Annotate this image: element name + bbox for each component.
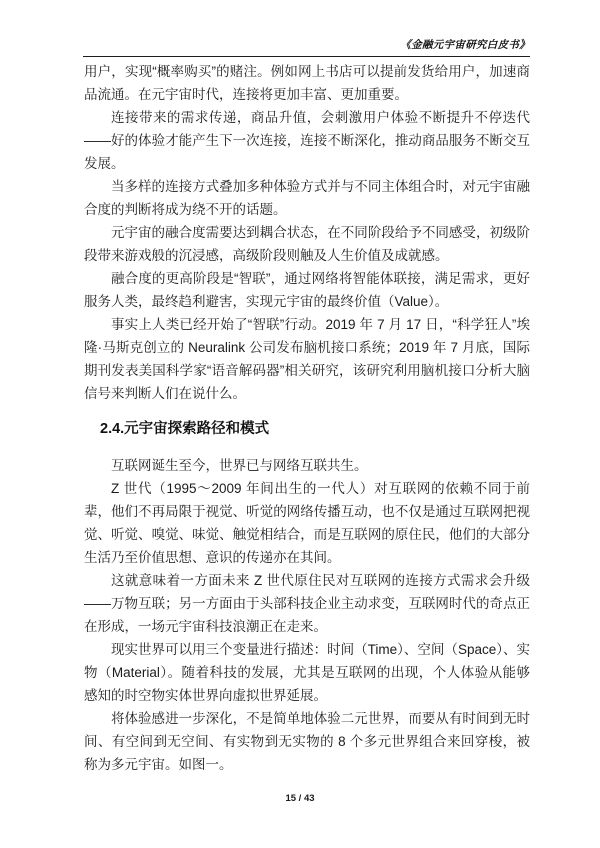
paragraph: 将体验感进一步深化，不是简单地体验二元世界，而要从有时间到无时间、有空间到无空间… bbox=[84, 707, 530, 776]
paragraph: 元宇宙的融合度需要达到耦合状态，在不同阶段给予不同感受，初级阶段带来游戏般的沉浸… bbox=[84, 221, 530, 267]
page-number: 15 / 43 bbox=[285, 793, 314, 804]
paragraph: 事实上人类已经开始了“智联”行动。2019 年 7 月 17 日，“科学狂人”埃… bbox=[84, 313, 530, 405]
document-title: 《金融元宇宙研究白皮书》 bbox=[400, 39, 530, 51]
paragraph: Z 世代（1995～2009 年间出生的一代人）对互联网的依赖不同于前辈，他们不… bbox=[84, 477, 530, 569]
document-body: 用户，实现“概率购买”的赌注。例如网上书店可以提前发货给用户，加速商品流通。在元… bbox=[84, 60, 530, 776]
paragraph: 连接带来的需求传递，商品升值，会刺激用户体验不断提升不停迭代——好的体验才能产生… bbox=[84, 106, 530, 175]
paragraph: 现实世界可以用三个变量进行描述：时间（Time）、空间（Space）、实物（Ma… bbox=[84, 638, 530, 707]
paragraph: 用户，实现“概率购买”的赌注。例如网上书店可以提前发货给用户，加速商品流通。在元… bbox=[84, 60, 530, 106]
paragraph: 互联网诞生至今，世界已与网络互联共生。 bbox=[84, 454, 530, 477]
document-page: 《金融元宇宙研究白皮书》 用户，实现“概率购买”的赌注。例如网上书店可以提前发货… bbox=[0, 0, 600, 848]
paragraph: 这就意味着一方面未来 Z 世代原住民对互联网的连接方式需求会升级——万物互联；另… bbox=[84, 569, 530, 638]
paragraph: 融合度的更高阶段是“智联”，通过网络将智能体联接，满足需求，更好服务人类，最终趋… bbox=[84, 267, 530, 313]
section-heading: 2.4.元宇宙探索路径和模式 bbox=[100, 418, 530, 441]
page-header: 《金融元宇宙研究白皮书》 bbox=[83, 0, 530, 57]
paragraph: 当多样的连接方式叠加多种体验方式并与不同主体组合时，对元宇宙融合度的判断将成为绕… bbox=[84, 175, 530, 221]
page-footer: 15 / 43 bbox=[0, 788, 600, 806]
